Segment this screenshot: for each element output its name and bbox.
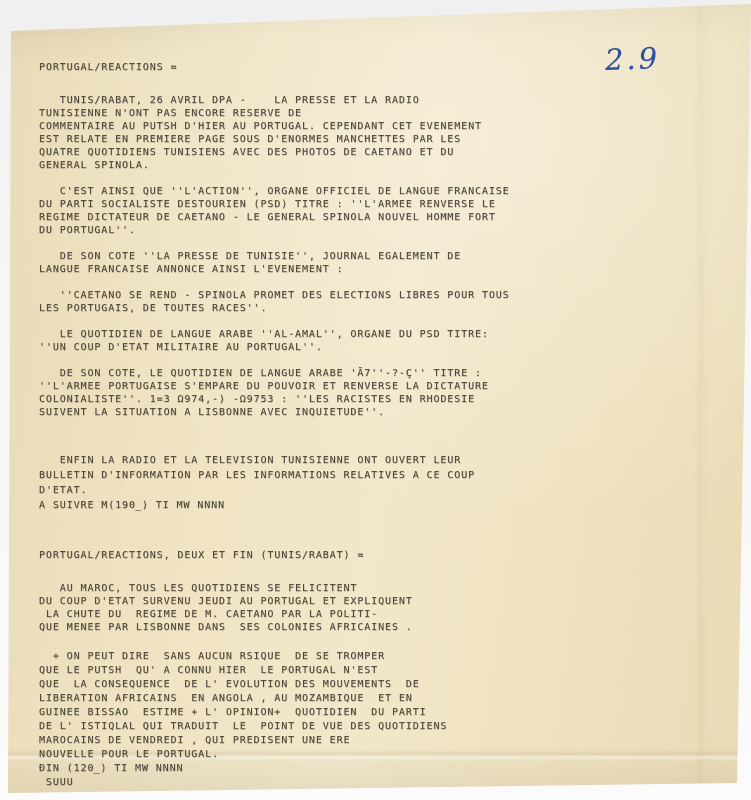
paragraph-radio-television-close: ENFIN LA RADIO ET LA TELEVISION TUNISIEN… <box>39 453 475 513</box>
story-slug-part-one: PORTUGAL/REACTIONS = <box>39 61 177 74</box>
paragraph-laction-headline: C'EST AINSI QUE ''L'ACTION'', ORGANE OFF… <box>39 185 510 237</box>
scanned-photo-background: { "colors": { "paper": "#efe3c3", "ink":… <box>0 0 751 800</box>
paragraph-al-amal-headline: LE QUOTIDIEN DE LANGUE ARABE ''AL-AMAL''… <box>39 328 489 354</box>
paragraph-opinion-analysis-and-sign-off: + ON PEUT DIRE SANS AUCUN RSIQUE DE SE T… <box>39 650 447 790</box>
telex-paper-sheet: | PORTUGAL/REACTIONS = TUNIS/RABAT, 26 A… <box>0 0 751 800</box>
paragraph-maroc-reactions: AU MAROC, TOUS LES QUOTIDIENS SE FELICIT… <box>39 582 413 634</box>
page-tick-mark: | <box>55 16 63 29</box>
handwritten-blue-pen-number: 2.9 <box>604 41 660 77</box>
paragraph-arabic-daily-headline: DE SON COTE, LE QUOTIDIEN DE LANGUE ARAB… <box>39 367 489 419</box>
paragraph-press-radio-intro: TUNIS/RABAT, 26 AVRIL DPA - LA PRESSE ET… <box>39 94 482 172</box>
paragraph-presse-de-tunisie: DE SON COTE ''LA PRESSE DE TUNISIE'', JO… <box>39 250 461 276</box>
story-slug-part-two: PORTUGAL/REACTIONS, DEUX ET FIN (TUNIS/R… <box>39 549 364 562</box>
paragraph-caetano-se-rend-quote: ''CAETANO SE REND - SPINOLA PROMET DES E… <box>39 289 510 315</box>
